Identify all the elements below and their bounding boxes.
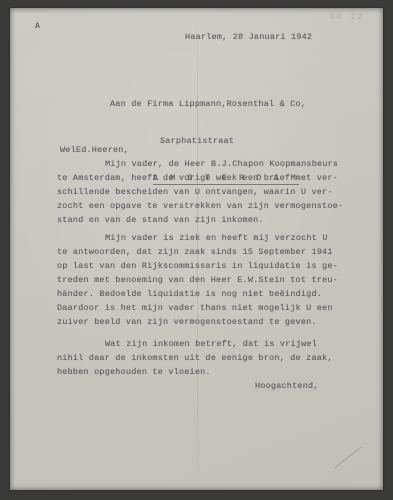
letter-line: Mijn vader is ziek en heeft mij verzocht… [57, 233, 353, 247]
letter-line: treden met benoeming van den Heer E.W.St… [57, 275, 353, 289]
paragraph: Mijn vader, de Heer B.J.Chapon Koopmansb… [57, 159, 353, 229]
date-line: Haarlem, 28 Januari 1942 [185, 32, 312, 42]
filing-mark: A [35, 22, 40, 31]
letter-line: zuiver beeld van zijn vermogenstoestand … [57, 317, 353, 331]
paragraph: Wat zijn inkomen betreft, dat is vrijwel… [57, 339, 353, 381]
letter-line: Mijn vader, de Heer B.J.Chapon Koopmansb… [57, 159, 353, 173]
letter-line: Daardoor is het mijn vader thans niet mo… [57, 303, 353, 317]
pencil-annotation: 66 12 [330, 13, 364, 22]
letter-line: hebben opgehouden te vloeien. [57, 367, 353, 381]
letter-line: op last van den Rijkscommissaris in liqu… [57, 261, 353, 275]
letter-line: te antwoorden, dat zijn zaak sinds 15 Se… [57, 247, 353, 261]
letter-line: schillende bescheiden van U ontvangen, w… [57, 187, 353, 201]
scanned-letter: A 66 12 Haarlem, 28 Januari 1942 Aan de … [0, 0, 393, 500]
letter-body: Mijn vader, de Heer B.J.Chapon Koopmansb… [57, 159, 353, 381]
closing: Hoogachtend, [255, 381, 319, 391]
address-line: Sarphatistraat [110, 136, 350, 153]
letter-line: nihil daar de inkomsten uit de eenige br… [57, 353, 353, 367]
address-line: Aan de Firma Lippmann,Rosenthal & Co, [110, 99, 350, 116]
letter-line: stand en van de stand van zijn inkomen. [57, 215, 353, 229]
salutation: WelEd.Heeren, [60, 145, 129, 155]
paragraph: Mijn vader is ziek en heeft mij verzocht… [57, 233, 353, 331]
letter-line: händer. Bedoelde liquidatie is nog niet … [57, 289, 353, 303]
letter-line: zocht een opgave te verstrekken van zijn… [57, 201, 353, 215]
paper-crease [334, 447, 361, 469]
letter-line: te Amsterdam, heeft de vorige week een b… [57, 173, 353, 187]
letter-line: Wat zijn inkomen betreft, dat is vrijwel [57, 339, 353, 353]
